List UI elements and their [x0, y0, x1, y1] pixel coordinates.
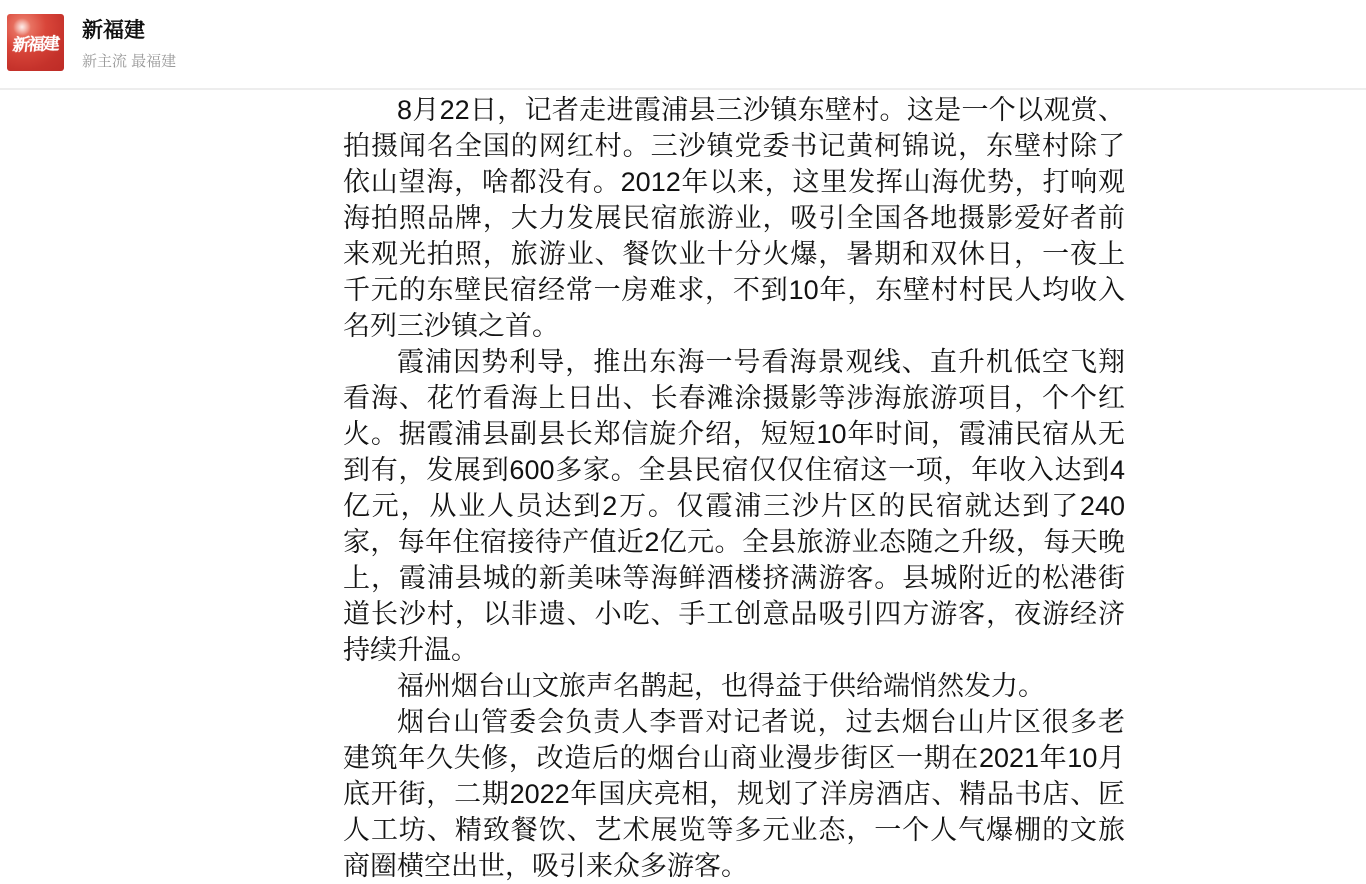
article-paragraph-4: 烟台山管委会负责人李晋对记者说，过去烟台山片区很多老建筑年久失修，改造后的烟台山… — [343, 704, 1125, 811]
article-body: 8月22日，记者走进霞浦县三沙镇东壁村。这是一个以观赏、拍摄闻名全国的网红村。三… — [343, 92, 1125, 811]
xinfujian-logo[interactable]: 新福建 — [7, 14, 64, 71]
site-slogan: 新主流 最福建 — [82, 52, 176, 72]
article-paragraph-1: 8月22日，记者走进霞浦县三沙镇东壁村。这是一个以观赏、拍摄闻名全国的网红村。三… — [343, 92, 1125, 344]
article-paragraph-3: 福州烟台山文旅声名鹊起，也得益于供给端悄然发力。 — [343, 668, 1125, 704]
site-title: 新福建 — [82, 18, 176, 44]
site-header: 新福建 新福建 新主流 最福建 — [0, 0, 1366, 90]
logo-text: 新福建 — [12, 29, 60, 56]
article-paragraph-2: 霞浦因势利导，推出东海一号看海景观线、直升机低空飞翔看海、花竹看海上日出、长春滩… — [343, 344, 1125, 668]
brand-block: 新福建 新主流 最福建 — [82, 18, 176, 72]
